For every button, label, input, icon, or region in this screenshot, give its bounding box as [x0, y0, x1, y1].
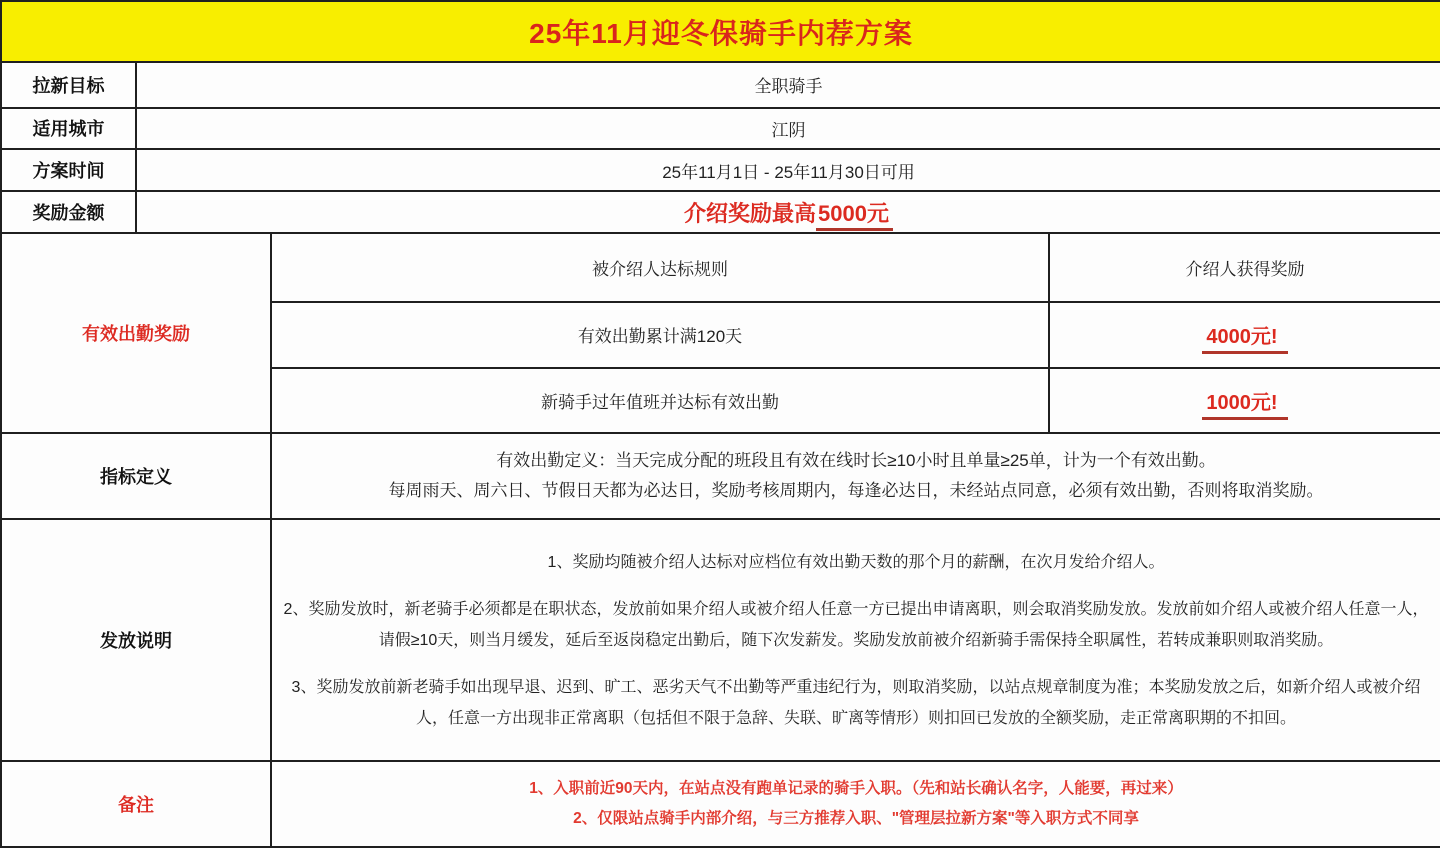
table-row: 拉新目标 全职骑手 [1, 62, 1440, 107]
reward-amount-4000: 4000元! [1202, 326, 1287, 354]
row-label-time: 方案时间 [1, 149, 136, 191]
distribution-paragraph-2: 2、奖励发放时，新老骑手必须都是在职状态，发放前如果介绍人或被介绍人任意一方已提… [278, 594, 1434, 656]
row-label-reward-amount: 奖励金额 [1, 191, 136, 233]
reward-highlight: 5000元 [816, 201, 893, 231]
definition-line-1: 有效出勤定义：当天完成分配的班段且有效在线时长≥10小时且单量≥25单，计为一个… [278, 446, 1434, 476]
row-label-definition: 指标定义 [1, 433, 271, 519]
row-label-remarks: 备注 [1, 761, 271, 847]
referral-plan-sheet: 25年11月迎冬保骑手内荐方案 拉新目标 全职骑手 适用城市 江阴 方案时间 2… [0, 0, 1440, 848]
row-label-distribution: 发放说明 [1, 519, 271, 761]
remarks-line-2: 2、仅限站点骑手内部介绍，与三方推荐入职、"管理层拉新方案"等入职方式不同享 [278, 804, 1434, 834]
table-row: 方案时间 25年11月1日 - 25年11月30日可用 [1, 149, 1440, 191]
row-label-target: 拉新目标 [1, 62, 136, 107]
definition-line-2: 每周雨天、周六日、节假日天都为必达日，奖励考核周期内，每逢必达日，未经站点同意，… [278, 476, 1434, 506]
row-label-city: 适用城市 [1, 108, 136, 150]
table-row: 奖励金额 介绍奖励最高5000元 [1, 191, 1440, 233]
table-row: 指标定义 有效出勤定义：当天完成分配的班段且有效在线时长≥10小时且单量≥25单… [1, 433, 1440, 519]
page-title: 25年11月迎冬保骑手内荐方案 [529, 18, 913, 49]
title-row: 25年11月迎冬保骑手内荐方案 [1, 1, 1440, 62]
plan-table: 25年11月迎冬保骑手内荐方案 拉新目标 全职骑手 适用城市 江阴 方案时间 2… [0, 0, 1440, 848]
distribution-content: 1、奖励均随被介绍人达标对应档位有效出勤天数的那个月的薪酬，在次月发给介绍人。 … [271, 519, 1440, 761]
table-row: 适用城市 江阴 [1, 108, 1440, 150]
attendance-rule-1: 有效出勤累计满120天 [271, 302, 1049, 368]
table-row: 有效出勤奖励 被介绍人达标规则 介绍人获得奖励 [1, 233, 1440, 302]
row-value-time: 25年11月1日 - 25年11月30日可用 [136, 149, 1440, 191]
table-row: 备注 1、入职前近90天内，在站点没有跑单记录的骑手入职。（先和站长确认名字，人… [1, 761, 1440, 847]
definition-content: 有效出勤定义：当天完成分配的班段且有效在线时长≥10小时且单量≥25单，计为一个… [271, 433, 1440, 519]
reward-prefix: 介绍奖励最高 [684, 201, 816, 226]
attendance-header-rule: 被介绍人达标规则 [271, 233, 1049, 302]
distribution-paragraph-1: 1、奖励均随被介绍人达标对应档位有效出勤天数的那个月的薪酬，在次月发给介绍人。 [278, 547, 1434, 578]
title-banner: 25年11月迎冬保骑手内荐方案 [1, 1, 1440, 62]
row-value-target: 全职骑手 [136, 62, 1440, 107]
reward-amount-1000: 1000元! [1202, 392, 1287, 420]
remarks-content: 1、入职前近90天内，在站点没有跑单记录的骑手入职。（先和站长确认名字，人能要，… [271, 761, 1440, 847]
attendance-reward-1: 4000元! [1049, 302, 1440, 368]
distribution-paragraph-3: 3、奖励发放前新老骑手如出现早退、迟到、旷工、恶劣天气不出勤等严重违纪行为，则取… [278, 672, 1434, 734]
row-value-city: 江阴 [136, 108, 1440, 150]
table-row: 发放说明 1、奖励均随被介绍人达标对应档位有效出勤天数的那个月的薪酬，在次月发给… [1, 519, 1440, 761]
remarks-line-1: 1、入职前近90天内，在站点没有跑单记录的骑手入职。（先和站长确认名字，人能要，… [278, 774, 1434, 804]
attendance-rule-2: 新骑手过年值班并达标有效出勤 [271, 368, 1049, 434]
attendance-header-reward: 介绍人获得奖励 [1049, 233, 1440, 302]
attendance-reward-2: 1000元! [1049, 368, 1440, 434]
attendance-section-label: 有效出勤奖励 [1, 233, 271, 433]
row-value-reward-amount: 介绍奖励最高5000元 [136, 191, 1440, 233]
